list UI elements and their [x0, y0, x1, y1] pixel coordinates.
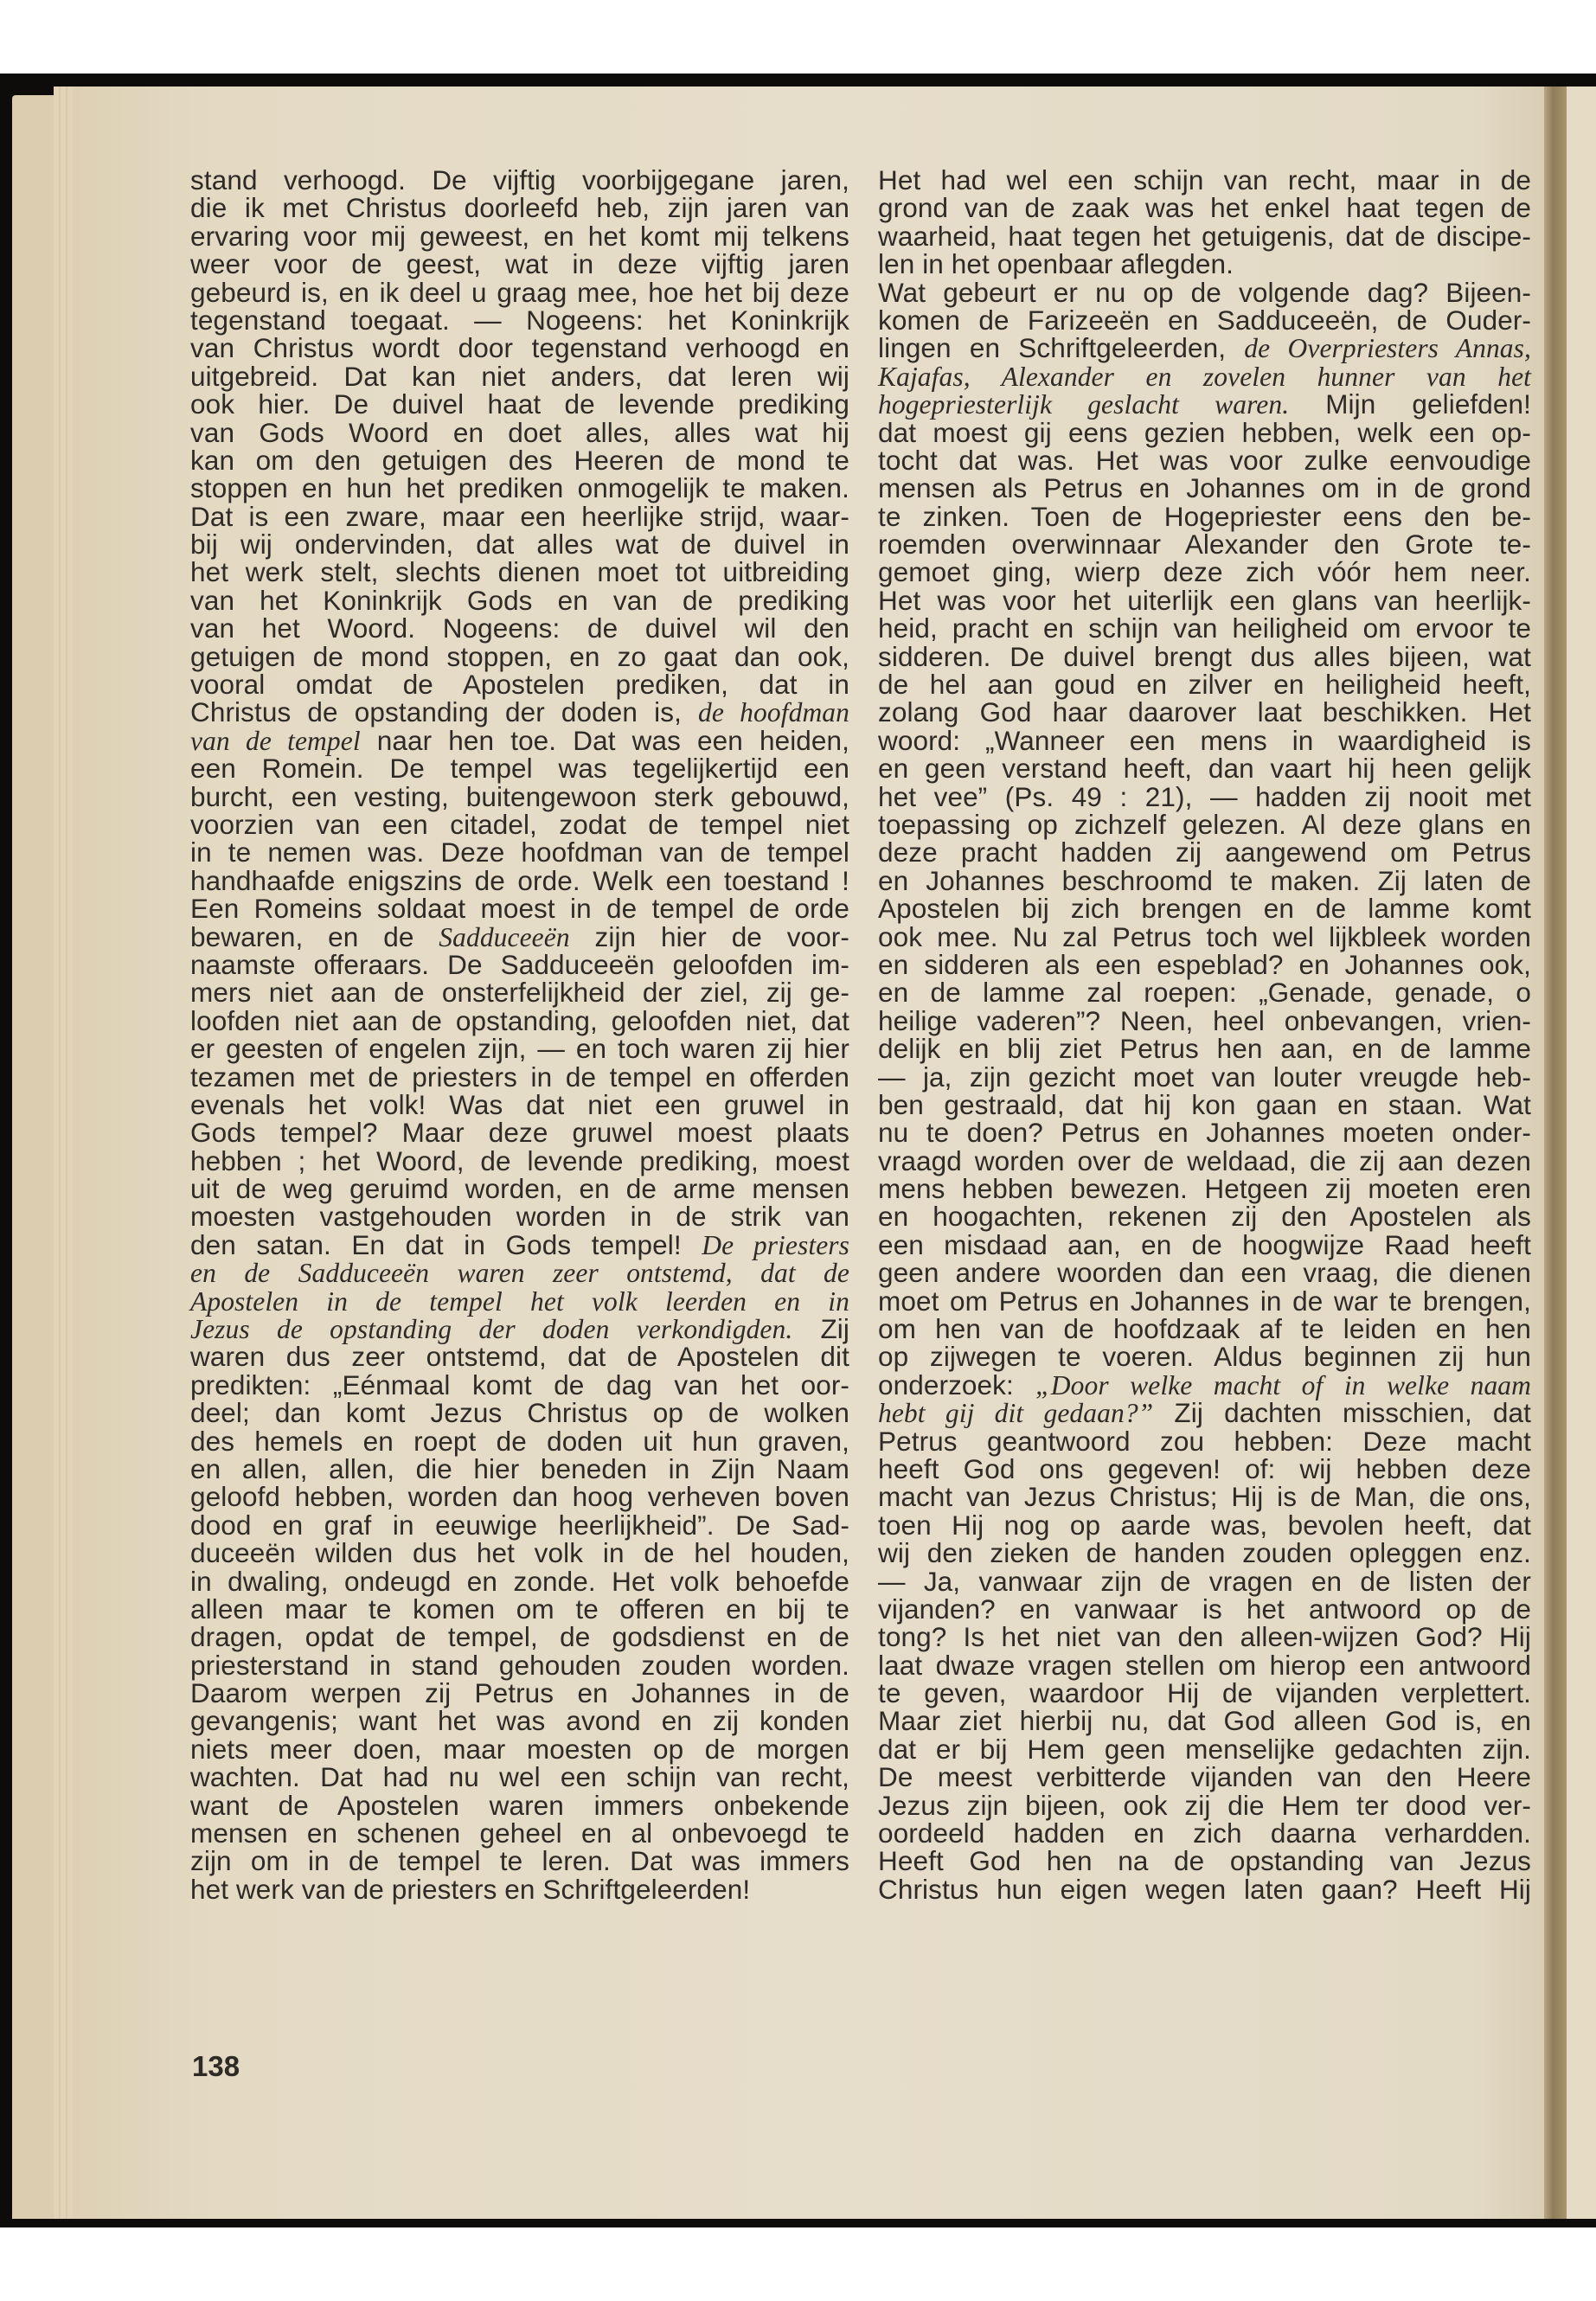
text-line: grond van de zaak was het enkel haat teg…	[878, 194, 1531, 221]
text-segment: gebeurd is, en ik deel u graag mee, hoe …	[190, 277, 849, 308]
text-line: getuigen de mond stoppen, en zo gaat dan…	[190, 643, 849, 670]
text-segment: loofden niet aan de opstanding, geloofde…	[190, 1005, 849, 1036]
text-segment: Heeft God hen na de opstanding van Jezus	[878, 1845, 1531, 1876]
text-segment: moet om Petrus en Johannes in de war te …	[878, 1285, 1531, 1317]
text-segment: roemden overwinnaar Alexander den Grote …	[878, 529, 1531, 560]
text-segment: macht van Jezus Christus; Hij is de Man,…	[878, 1481, 1531, 1512]
text-line: uit de weg geruimd worden, en de arme me…	[190, 1175, 849, 1202]
text-line: het vee” (Ps. 49 : 21), — hadden zij noo…	[878, 783, 1531, 811]
text-segment: in te nemen was. Deze hoofdman van de te…	[190, 836, 849, 868]
text-segment: er geesten of engelen zijn, — en toch wa…	[190, 1033, 849, 1064]
text-line: ben gestraald, dat hij kon gaan en staan…	[878, 1091, 1531, 1118]
text-segment: en allen, allen, die hier beneden in Zij…	[190, 1453, 849, 1484]
text-segment: en de lamme zal roepen: „Genade, genade,…	[878, 977, 1531, 1008]
text-segment: Zij	[792, 1313, 849, 1344]
text-line: Dat is een zware, maar een heerlijke str…	[190, 503, 849, 530]
text-segment: dood en graf in eeuwige heerlijkheid”. D…	[190, 1509, 849, 1541]
text-line: De meest verbitterde vijanden van den He…	[878, 1763, 1531, 1791]
text-line: deze pracht hadden zij aangewend om Petr…	[878, 838, 1531, 866]
text-line: en de Sadduceeën waren zeer ontstemd, da…	[190, 1259, 849, 1286]
text-line: waren dus zeer ontstemd, dat de Apostele…	[190, 1343, 849, 1370]
binding-gutter	[1544, 87, 1567, 2219]
text-segment: sidderen. De duivel brengt dus alles bij…	[878, 641, 1531, 672]
text-line: deel; dan komt Jezus Christus op de wolk…	[190, 1399, 849, 1426]
text-segment: het werk stelt, slechts dienen moet tot …	[190, 556, 849, 587]
text-segment: des hemels en roept de doden uit hun gra…	[190, 1426, 849, 1457]
text-segment: tegenstand toegaat. — Nogeens: het Konin…	[190, 304, 849, 336]
text-segment: tong? Is het niet van den alleen-wijzen …	[878, 1621, 1531, 1652]
text-segment: en geen verstand heeft, dan vaart hij he…	[878, 753, 1531, 784]
text-line: mers niet aan de onsterfelijkheid der zi…	[190, 978, 849, 1006]
text-segment: predikten: „Eénmaal komt de dag van het …	[190, 1369, 849, 1400]
text-segment: den satan. En dat in Gods tempel!	[190, 1229, 702, 1260]
text-segment: Jezus zijn bijeen, ook zij die Hem ter d…	[878, 1790, 1531, 1821]
text-line: stoppen en hun het prediken onmogelijk t…	[190, 474, 849, 502]
text-segment: mensen als Petrus en Johannes om in de g…	[878, 472, 1531, 503]
text-line: Christus hun eigen wegen laten gaan? Hee…	[878, 1875, 1531, 1903]
text-line: oordeeld hadden en zich daarna verhardde…	[878, 1819, 1531, 1847]
text-line: ook mee. Nu zal Petrus toch wel lijkblee…	[878, 923, 1531, 951]
text-segment: een misdaad aan, en de hoogwijze Raad he…	[878, 1229, 1531, 1260]
text-line: van de tempel naar hen toe. Dat was een …	[190, 727, 849, 754]
text-line: tegenstand toegaat. — Nogeens: het Konin…	[190, 306, 849, 334]
text-line: naamste offeraars. De Sadduceeën geloofd…	[190, 951, 849, 978]
text-line: en Johannes beschroomd te maken. Zij lat…	[878, 867, 1531, 894]
text-segment: en Johannes beschroomd te maken. Zij lat…	[878, 865, 1531, 896]
text-segment: alleen maar te komen om te offeren en bi…	[190, 1593, 849, 1625]
text-segment: Petrus geantwoord zou hebben: Deze macht	[878, 1426, 1531, 1457]
text-line: bij wij ondervinden, dat alles wat de du…	[190, 530, 849, 558]
text-segment: niets meer doen, maar moesten op de morg…	[190, 1734, 849, 1765]
text-line: uitgebreid. Dat kan niet anders, dat ler…	[190, 362, 849, 390]
text-line: gevangenis; want het was avond en zij ko…	[190, 1707, 849, 1734]
text-segment: len in het openbaar aflegden.	[878, 248, 1234, 279]
text-segment: nu te doen? Petrus en Johannes moeten on…	[878, 1117, 1531, 1148]
text-segment: geloofd hebben, worden dan hoog verheven…	[190, 1481, 849, 1512]
text-line: alleen maar te komen om te offeren en bi…	[190, 1595, 849, 1623]
text-segment: deel; dan komt Jezus Christus op de wolk…	[190, 1397, 849, 1428]
text-segment: priesterstand in stand gehouden zouden w…	[190, 1650, 849, 1681]
text-segment: te zinken. Toen de Hogepriester eens den…	[878, 501, 1531, 532]
text-line: en hoogachten, rekenen zij den Apostelen…	[878, 1202, 1531, 1230]
text-segment: moesten vastgehouden worden in de strik …	[190, 1201, 849, 1232]
text-line: vijanden? en vanwaar is het antwoord op …	[878, 1595, 1531, 1623]
text-line: Petrus geantwoord zou hebben: Deze macht	[878, 1427, 1531, 1455]
text-line: delijk en blij ziet Petrus hen aan, en d…	[878, 1035, 1531, 1062]
text-segment: wij den zieken de handen zouden opleggen…	[878, 1537, 1531, 1568]
text-line: heilige vaderen”? Neen, heel onbevangen,…	[878, 1007, 1531, 1035]
text-line: lingen en Schriftgeleerden, de Overpries…	[878, 334, 1531, 362]
italic-text: hebt gij dit gedaan?”	[878, 1398, 1153, 1428]
text-line: roemden overwinnaar Alexander den Grote …	[878, 530, 1531, 558]
text-segment: dat er bij Hem geen menselijke gedachten…	[878, 1734, 1531, 1765]
text-segment: naar hen toe. Dat was een heiden,	[361, 725, 849, 756]
text-segment: Zij dachten misschien, dat	[1153, 1397, 1531, 1428]
text-segment: ervaring voor mij geweest, en het komt m…	[190, 221, 849, 252]
text-segment: heeft God ons gegeven! of: wij hebben de…	[878, 1453, 1531, 1484]
text-segment: en hoogachten, rekenen zij den Apostelen…	[878, 1201, 1531, 1232]
text-line: tezamen met de priesters in de tempel en…	[190, 1063, 849, 1091]
text-segment: en sidderen als een espeblad? en Johanne…	[878, 949, 1531, 980]
text-line: predikten: „Eénmaal komt de dag van het …	[190, 1371, 849, 1399]
text-segment: dat moest gij eens gezien hebben, welk e…	[878, 417, 1531, 448]
text-segment: hebben ; het Woord, de levende prediking…	[190, 1145, 849, 1176]
text-segment: grond van de zaak was het enkel haat teg…	[878, 192, 1531, 223]
text-line: mensen en schenen geheel en al onbevoegd…	[190, 1819, 849, 1847]
italic-text: van de tempel	[190, 726, 361, 756]
text-segment: woord: „Wanneer een mens in waardigheid …	[878, 725, 1531, 756]
page-number: 138	[192, 2050, 240, 2083]
text-segment: te geven, waardoor Hij de vijanden verpl…	[878, 1677, 1531, 1708]
text-line: moesten vastgehouden worden in de strik …	[190, 1202, 849, 1230]
text-line: duceeën wilden dus het volk in de hel ho…	[190, 1539, 849, 1567]
text-line: Christus de opstanding der doden is, de …	[190, 698, 849, 726]
text-line: laat dwaze vragen stellen om hierop een …	[878, 1651, 1531, 1679]
text-segment: dragen, opdat de tempel, de godsdienst e…	[190, 1621, 849, 1652]
text-line: handhaafde enigszins de orde. Welk een t…	[190, 867, 849, 894]
text-segment: om hen van de hoofdzaak af te leiden en …	[878, 1313, 1531, 1344]
text-line: — ja, zijn gezicht moet van louter vreug…	[878, 1063, 1531, 1091]
italic-text: de hoofdman	[698, 697, 849, 727]
text-segment: stoppen en hun het prediken onmogelijk t…	[190, 472, 849, 503]
text-line: te geven, waardoor Hij de vijanden verpl…	[878, 1679, 1531, 1707]
text-line: Wat gebeurt er nu op de volgende dag? Bi…	[878, 279, 1531, 306]
italic-text: Sadduceeën	[439, 922, 569, 952]
text-line: mens hebben bewezen. Hetgeen zij moeten …	[878, 1175, 1531, 1202]
text-line: priesterstand in stand gehouden zouden w…	[190, 1651, 849, 1679]
text-segment: vijanden? en vanwaar is het antwoord op …	[878, 1593, 1531, 1625]
text-line: len in het openbaar aflegden.	[878, 250, 1531, 278]
facing-page-edge	[1567, 87, 1596, 2219]
text-segment: vraagd worden over de weldaad, die zij a…	[878, 1145, 1531, 1176]
italic-text: Apostelen in de tempel het volk leerden …	[190, 1286, 849, 1317]
text-segment: Mijn geliefden!	[1289, 388, 1531, 420]
text-segment: heid, pracht en schijn van heiligheid om…	[878, 612, 1531, 644]
text-segment: weer voor de geest, wat in deze vijftig …	[190, 248, 849, 279]
text-line: om hen van de hoofdzaak af te leiden en …	[878, 1315, 1531, 1343]
text-line: vooral omdat de Apostelen prediken, dat …	[190, 670, 849, 698]
text-line: ook hier. De duivel haat de levende pred…	[190, 390, 849, 418]
text-line: dat er bij Hem geen menselijke gedachten…	[878, 1735, 1531, 1763]
text-segment: Wat gebeurt er nu op de volgende dag? Bi…	[878, 277, 1531, 308]
text-line: te zinken. Toen de Hogepriester eens den…	[878, 503, 1531, 530]
text-segment: oordeeld hadden en zich daarna verhardde…	[878, 1817, 1531, 1849]
text-line: de hel aan goud en zilver en heiligheid …	[878, 670, 1531, 698]
text-segment: — Ja, vanwaar zijn de vragen en de liste…	[878, 1566, 1531, 1597]
italic-text: de Overpriesters Annas,	[1244, 333, 1531, 363]
text-line: dat moest gij eens gezien hebben, welk e…	[878, 419, 1531, 446]
text-line: in dwaling, ondeugd en zonde. Het volk b…	[190, 1567, 849, 1595]
text-line: bewaren, en de Sadduceeën zijn hier de v…	[190, 923, 849, 951]
text-line: voorzien van een citadel, zodat de tempe…	[190, 811, 849, 838]
text-line: het werk stelt, slechts dienen moet tot …	[190, 558, 849, 586]
text-line: onderzoek: „Door welke macht of in welke…	[878, 1371, 1531, 1399]
text-line: sidderen. De duivel brengt dus alles bij…	[878, 643, 1531, 670]
text-segment: toen Hij nog op aarde was, bevolen heeft…	[878, 1509, 1531, 1541]
text-segment: bij wij ondervinden, dat alles wat de du…	[190, 529, 849, 560]
text-segment: evenals het volk! Was dat niet een gruwe…	[190, 1089, 849, 1120]
text-segment: van het Koninkrijk Gods en van de predik…	[190, 585, 849, 616]
text-segment: waren dus zeer ontstemd, dat de Apostele…	[190, 1341, 849, 1372]
text-line: dragen, opdat de tempel, de godsdienst e…	[190, 1623, 849, 1650]
text-line: stand verhoogd. De vijftig voorbijgegane…	[190, 166, 849, 194]
text-line: Het had wel een schijn van recht, maar i…	[878, 166, 1531, 194]
text-segment: het vee” (Ps. 49 : 21), — hadden zij noo…	[878, 781, 1531, 812]
text-line: zolang God haar daarover laat beschikken…	[878, 698, 1531, 726]
text-segment: heilige vaderen”? Neen, heel onbevangen,…	[878, 1005, 1531, 1036]
text-line: macht van Jezus Christus; Hij is de Man,…	[878, 1483, 1531, 1510]
text-segment: van het Woord. Nogeens: de duivel wil de…	[190, 612, 849, 644]
text-line: des hemels en roept de doden uit hun gra…	[190, 1427, 849, 1455]
text-line: Jezus de opstanding der doden verkondigd…	[190, 1315, 849, 1343]
text-segment: mers niet aan de onsterfelijkheid der zi…	[190, 977, 849, 1008]
text-line: ervaring voor mij geweest, en het komt m…	[190, 222, 849, 250]
text-segment: bewaren, en de	[190, 921, 439, 952]
text-segment: stand verhoogd. De vijftig voorbijgegane…	[190, 164, 849, 195]
text-line: van het Woord. Nogeens: de duivel wil de…	[190, 614, 849, 642]
text-line: weer voor de geest, wat in deze vijftig …	[190, 250, 849, 278]
text-segment: want de Apostelen waren immers onbekende	[190, 1790, 849, 1821]
text-line: den satan. En dat in Gods tempel! De pri…	[190, 1231, 849, 1259]
text-line: woord: „Wanneer een mens in waardigheid …	[878, 727, 1531, 754]
text-line: waarheid, haat tegen het getuigenis, dat…	[878, 222, 1531, 250]
text-segment: geen andere woorden dan een vraag, die d…	[878, 1257, 1531, 1288]
text-line: en geen verstand heeft, dan vaart hij he…	[878, 754, 1531, 782]
text-segment: zijn om in de tempel te leren. Dat was i…	[190, 1845, 849, 1876]
text-line: dood en graf in eeuwige heerlijkheid”. D…	[190, 1511, 849, 1539]
text-line: loofden niet aan de opstanding, geloofde…	[190, 1007, 849, 1035]
text-segment: Apostelen bij zich brengen en de lamme k…	[878, 893, 1531, 924]
text-segment: naamste offeraars. De Sadduceeën geloofd…	[190, 949, 849, 980]
text-line: er geesten of engelen zijn, — en toch wa…	[190, 1035, 849, 1062]
text-segment: Het had wel een schijn van recht, maar i…	[878, 164, 1531, 195]
text-line: en de lamme zal roepen: „Genade, genade,…	[878, 978, 1531, 1006]
text-segment: Gods tempel? Maar deze gruwel moest plaa…	[190, 1117, 849, 1148]
text-line: hogepriesterlijk geslacht waren. Mijn ge…	[878, 390, 1531, 418]
text-segment: vooral omdat de Apostelen prediken, dat …	[190, 669, 849, 700]
text-segment: — ja, zijn gezicht moet van louter vreug…	[878, 1061, 1531, 1093]
text-segment: tocht dat was. Het was voor zulke eenvou…	[878, 445, 1531, 476]
text-line: een misdaad aan, en de hoogwijze Raad he…	[878, 1231, 1531, 1259]
text-line: wij den zieken de handen zouden opleggen…	[878, 1539, 1531, 1567]
text-line: Apostelen bij zich brengen en de lamme k…	[878, 894, 1531, 922]
text-segment: een Romein. De tempel was tegelijkertijd…	[190, 753, 849, 784]
right-text-column: Het had wel een schijn van recht, maar i…	[878, 166, 1531, 1903]
text-line: Kajafas, Alexander en zovelen hunner van…	[878, 362, 1531, 390]
italic-text: Kajafas, Alexander en zovelen hunner van…	[878, 362, 1531, 392]
text-segment: uitgebreid. Dat kan niet anders, dat ler…	[190, 361, 849, 392]
text-segment: tezamen met de priesters in de tempel en…	[190, 1061, 849, 1093]
text-segment: Daarom werpen zij Petrus en Johannes in …	[190, 1677, 849, 1708]
italic-text: hogepriesterlijk geslacht waren.	[878, 389, 1289, 420]
text-line: geen andere woorden dan een vraag, die d…	[878, 1259, 1531, 1286]
text-segment: die ik met Christus doorleefd heb, zijn …	[190, 192, 849, 223]
text-segment: Christus hun eigen wegen laten gaan? Hee…	[878, 1874, 1531, 1905]
text-segment: lingen en Schriftgeleerden,	[878, 332, 1244, 363]
text-segment: voorzien van een citadel, zodat de tempe…	[190, 809, 849, 840]
text-line: toepassing op zichzelf gelezen. Al deze …	[878, 811, 1531, 838]
text-segment: mensen en schenen geheel en al onbevoegd…	[190, 1817, 849, 1849]
text-segment: Dat is een zware, maar een heerlijke str…	[190, 501, 849, 532]
text-line: toen Hij nog op aarde was, bevolen heeft…	[878, 1511, 1531, 1539]
italic-text: en de Sadduceeën waren zeer ontstemd, da…	[190, 1258, 849, 1288]
text-line: niets meer doen, maar moesten op de morg…	[190, 1735, 849, 1763]
text-line: Gods tempel? Maar deze gruwel moest plaa…	[190, 1118, 849, 1146]
text-line: mensen als Petrus en Johannes om in de g…	[878, 474, 1531, 502]
text-segment: op zijwegen te voeren. Aldus beginnen zi…	[878, 1341, 1531, 1372]
text-line: een Romein. De tempel was tegelijkertijd…	[190, 754, 849, 782]
text-line: Heeft God hen na de opstanding van Jezus	[878, 1847, 1531, 1875]
text-line: geloofd hebben, worden dan hoog verheven…	[190, 1483, 849, 1510]
text-segment: uit de weg geruimd worden, en de arme me…	[190, 1173, 849, 1204]
text-line: Jezus zijn bijeen, ook zij die Hem ter d…	[878, 1791, 1531, 1819]
text-segment: ben gestraald, dat hij kon gaan en staan…	[878, 1089, 1531, 1120]
text-segment: wachten. Dat had nu wel een schijn van r…	[190, 1761, 849, 1792]
text-line: Daarom werpen zij Petrus en Johannes in …	[190, 1679, 849, 1707]
text-line: het werk van de priesters en Schriftgele…	[190, 1875, 849, 1903]
text-segment: zolang God haar daarover laat beschikken…	[878, 696, 1531, 727]
text-segment: ook mee. Nu zal Petrus toch wel lijkblee…	[878, 921, 1531, 952]
text-segment: mens hebben bewezen. Hetgeen zij moeten …	[878, 1173, 1531, 1204]
text-segment: het werk van de priesters en Schriftgele…	[190, 1874, 750, 1905]
italic-text: „Door welke macht of in welke naam	[1035, 1370, 1531, 1400]
text-line: kan om den getuigen des Heeren de mond t…	[190, 446, 849, 474]
text-line: van Christus wordt door tegenstand verho…	[190, 334, 849, 362]
text-segment: gevangenis; want het was avond en zij ko…	[190, 1705, 849, 1736]
text-line: gemoet ging, wierp deze zich vóór hem ne…	[878, 558, 1531, 586]
text-segment: De meest verbitterde vijanden van den He…	[878, 1761, 1531, 1792]
text-segment: handhaafde enigszins de orde. Welk een t…	[190, 865, 849, 896]
text-line: in te nemen was. Deze hoofdman van de te…	[190, 838, 849, 866]
italic-text: Jezus de opstanding der doden verkondigd…	[190, 1314, 792, 1344]
text-segment: kan om den getuigen des Heeren de mond t…	[190, 445, 849, 476]
text-segment: in dwaling, ondeugd en zonde. Het volk b…	[190, 1566, 849, 1597]
text-segment: gemoet ging, wierp deze zich vóór hem ne…	[878, 556, 1531, 587]
text-segment: burcht, een vesting, buitengewoon sterk …	[190, 781, 849, 812]
text-segment: van Christus wordt door tegenstand verho…	[190, 332, 849, 363]
text-line: hebben ; het Woord, de levende prediking…	[190, 1147, 849, 1175]
text-line: van Gods Woord en doet alles, alles wat …	[190, 419, 849, 446]
text-line: en sidderen als een espeblad? en Johanne…	[878, 951, 1531, 978]
text-line: van het Koninkrijk Gods en van de predik…	[190, 586, 849, 614]
italic-text: De priesters	[702, 1230, 849, 1260]
text-segment: deze pracht hadden zij aangewend om Petr…	[878, 836, 1531, 868]
text-line: zijn om in de tempel te leren. Dat was i…	[190, 1847, 849, 1875]
text-segment: toepassing op zichzelf gelezen. Al deze …	[878, 809, 1531, 840]
text-line: evenals het volk! Was dat niet een gruwe…	[190, 1091, 849, 1118]
text-segment: onderzoek:	[878, 1369, 1035, 1400]
text-segment: de hel aan goud en zilver en heiligheid …	[878, 669, 1531, 700]
text-line: en allen, allen, die hier beneden in Zij…	[190, 1455, 849, 1483]
text-segment: duceeën wilden dus het volk in de hel ho…	[190, 1537, 849, 1568]
text-segment: Christus de opstanding der doden is,	[190, 696, 698, 727]
text-line: Maar ziet hierbij nu, dat God alleen God…	[878, 1707, 1531, 1734]
text-line: moet om Petrus en Johannes in de war te …	[878, 1287, 1531, 1315]
left-text-column: stand verhoogd. De vijftig voorbijgegane…	[190, 166, 849, 1903]
text-line: Het was voor het uiterlijk een glans van…	[878, 586, 1531, 614]
text-segment: waarheid, haat tegen het getuigenis, dat…	[878, 221, 1531, 252]
text-line: nu te doen? Petrus en Johannes moeten on…	[878, 1118, 1531, 1146]
text-segment: delijk en blij ziet Petrus hen aan, en d…	[878, 1033, 1531, 1064]
text-segment: Een Romeins soldaat moest in de tempel d…	[190, 893, 849, 924]
text-segment: getuigen de mond stoppen, en zo gaat dan…	[190, 641, 849, 672]
text-line: die ik met Christus doorleefd heb, zijn …	[190, 194, 849, 221]
text-line: op zijwegen te voeren. Aldus beginnen zi…	[878, 1343, 1531, 1370]
text-line: komen de Farizeeën en Sadduceeën, de Oud…	[878, 306, 1531, 334]
text-line: gebeurd is, en ik deel u graag mee, hoe …	[190, 279, 849, 306]
text-line: tocht dat was. Het was voor zulke eenvou…	[878, 446, 1531, 474]
text-line: — Ja, vanwaar zijn de vragen en de liste…	[878, 1567, 1531, 1595]
text-line: hebt gij dit gedaan?” Zij dachten missch…	[878, 1399, 1531, 1426]
text-line: heeft God ons gegeven! of: wij hebben de…	[878, 1455, 1531, 1483]
text-segment: van Gods Woord en doet alles, alles wat …	[190, 417, 849, 448]
text-segment: komen de Farizeeën en Sadduceeën, de Oud…	[878, 304, 1531, 336]
text-line: heid, pracht en schijn van heiligheid om…	[878, 614, 1531, 642]
text-line: tong? Is het niet van den alleen-wijzen …	[878, 1623, 1531, 1650]
text-line: wachten. Dat had nu wel een schijn van r…	[190, 1763, 849, 1791]
text-segment: ook hier. De duivel haat de levende pred…	[190, 388, 849, 420]
text-line: Apostelen in de tempel het volk leerden …	[190, 1287, 849, 1315]
text-line: vraagd worden over de weldaad, die zij a…	[878, 1147, 1531, 1175]
text-line: burcht, een vesting, buitengewoon sterk …	[190, 783, 849, 811]
text-segment: zijn hier de voor-	[570, 921, 849, 952]
text-segment: Maar ziet hierbij nu, dat God alleen God…	[878, 1705, 1531, 1736]
text-segment: Het was voor het uiterlijk een glans van…	[878, 585, 1531, 616]
text-line: want de Apostelen waren immers onbekende	[190, 1791, 849, 1819]
text-segment: laat dwaze vragen stellen om hierop een …	[878, 1650, 1531, 1681]
text-line: Een Romeins soldaat moest in de tempel d…	[190, 894, 849, 922]
